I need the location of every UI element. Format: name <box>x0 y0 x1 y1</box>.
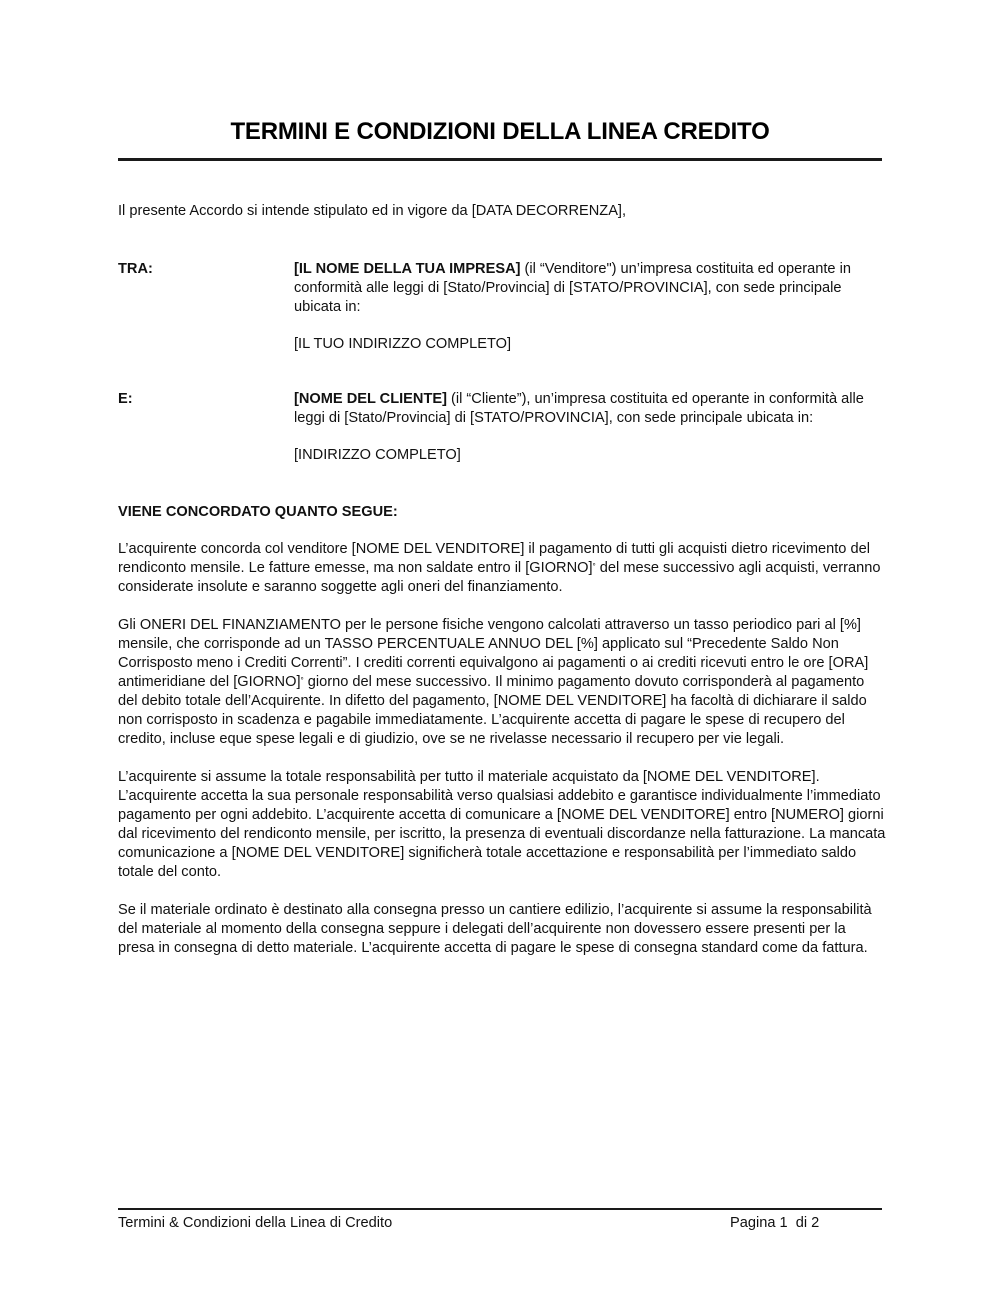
terms-paragraph-delivery: Se il materiale ordinato è destinato all… <box>118 901 886 958</box>
party-content: [NOME DEL CLIENTE] (il “Cliente”), un’im… <box>294 390 884 465</box>
party-label: E: <box>118 390 133 409</box>
ordinal-superscript: ° <box>593 562 596 571</box>
footer-divider <box>118 1208 882 1210</box>
terms-paragraph-payment: L’acquirente concorda col venditore [NOM… <box>118 540 886 597</box>
party-name: [IL NOME DELLA TUA IMPRESA] <box>294 261 520 277</box>
document-page: TERMINI E CONDIZIONI DELLA LINEA CREDITO… <box>0 0 1000 1290</box>
title-divider <box>118 158 882 161</box>
party-address: [IL TUO INDIRIZZO COMPLETO] <box>294 335 884 354</box>
paragraph-text: L’acquirente si assume la totale respons… <box>118 769 885 880</box>
party-description: [IL NOME DELLA TUA IMPRESA] (il “Vendito… <box>294 260 884 317</box>
document-title: TERMINI E CONDIZIONI DELLA LINEA CREDITO <box>118 116 882 148</box>
ordinal-superscript: ° <box>301 676 304 685</box>
agreement-terms: L’acquirente concorda col venditore [NOM… <box>118 540 886 977</box>
party-description: [NOME DEL CLIENTE] (il “Cliente”), un’im… <box>294 390 884 428</box>
terms-paragraph-responsibility: L’acquirente si assume la totale respons… <box>118 768 886 882</box>
terms-paragraph-finance-charges: Gli ONERI DEL FINANZIAMENTO per le perso… <box>118 616 886 749</box>
party-name: [NOME DEL CLIENTE] <box>294 391 447 407</box>
section-heading: VIENE CONCORDATO QUANTO SEGUE: <box>118 503 398 522</box>
footer-page-number: Pagina 1 di 2 <box>730 1214 819 1233</box>
intro-paragraph: Il presente Accordo si intende stipulato… <box>118 202 882 221</box>
party-address: [INDIRIZZO COMPLETO] <box>294 446 884 465</box>
party-content: [IL NOME DELLA TUA IMPRESA] (il “Vendito… <box>294 260 884 354</box>
party-label: TRA: <box>118 260 153 279</box>
footer-document-name: Termini & Condizioni della Linea di Cred… <box>118 1214 392 1233</box>
paragraph-text: Se il materiale ordinato è destinato all… <box>118 902 872 956</box>
